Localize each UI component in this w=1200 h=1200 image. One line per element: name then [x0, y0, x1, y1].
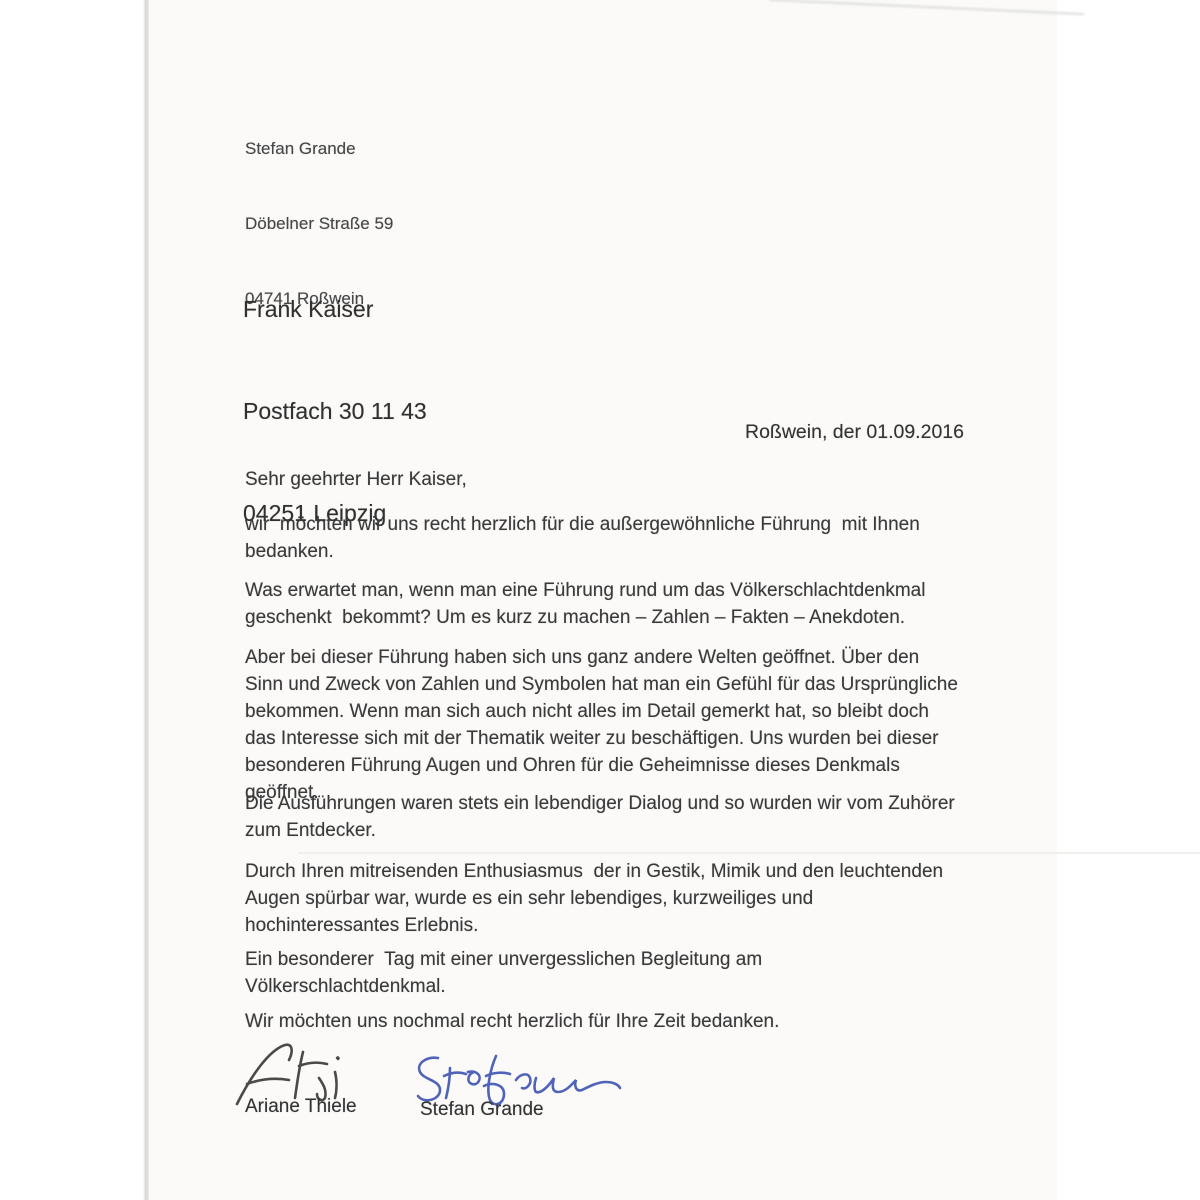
letter-paragraph: Ein besonderer Tag mit einer unvergessli… [245, 946, 1005, 1000]
recipient-name: Frank Kaiser [243, 292, 427, 326]
letter-paragraph: Was erwartet man, wenn man eine Führung … [245, 577, 1005, 631]
sender-name: Stefan Grande [245, 136, 393, 161]
date-line: Roßwein, der 01.09.2016 [745, 421, 964, 444]
letter-paragraph: Durch Ihren mitreisenden Enthusiasmus de… [245, 858, 1005, 939]
typed-name-stefan: Stefan Grande [420, 1099, 544, 1121]
salutation: Sehr geehrter Herr Kaiser, [245, 466, 467, 493]
letter-paragraph: wir möchten wir uns recht herzlich für d… [245, 511, 1005, 565]
letter-paragraph: Die Ausführungen waren stets ein lebendi… [245, 790, 1005, 844]
recipient-po-box: Postfach 30 11 43 [243, 394, 427, 428]
fold-crease [298, 852, 1200, 854]
letter-paragraph: Wir möchten uns nochmal recht herzlich f… [245, 1008, 1005, 1035]
letter-paragraph: Aber bei dieser Führung haben sich uns g… [245, 644, 1005, 806]
typed-name-ariane: Ariane Thiele [245, 1096, 357, 1118]
scanned-letter-background: Stefan Grande Döbelner Straße 59 04741 R… [0, 0, 1200, 1200]
scan-artifact-shadow [769, 0, 1084, 15]
